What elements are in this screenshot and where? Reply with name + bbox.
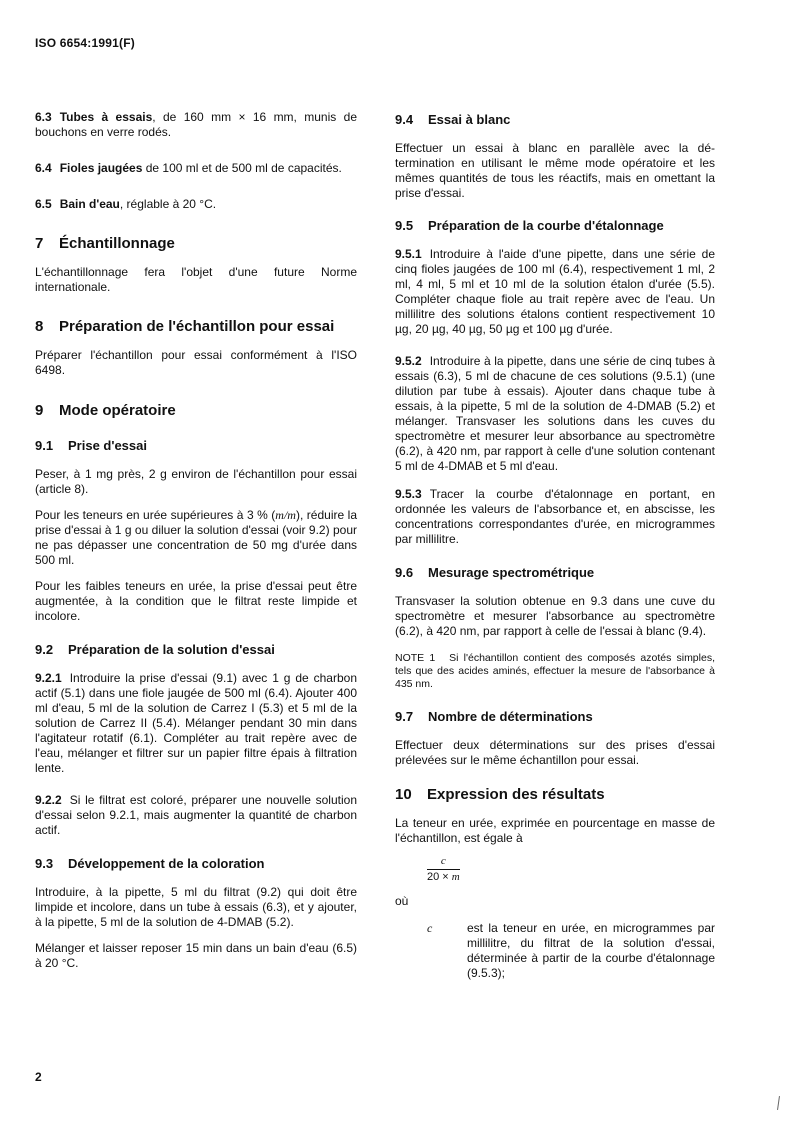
section-8-text: Préparer l'échantillon pour essai confor… [35,348,357,378]
where-label: où [395,894,715,909]
clause-9-7-text: Effectuer deux déterminations sur des pr… [395,738,715,768]
clause-9-2-2: 9.2.2Si le filtrat est coloré, préparer … [35,793,357,838]
page-number: 2 [35,1070,42,1085]
clause-6-5: 6.5Bain d'eau, réglable à 20 °C. [35,197,357,212]
clause-9-1-heading: 9.1Prise d'essai [35,438,357,454]
clause-9-4-text: Effectuer un essai à blanc en parallèle … [395,141,715,201]
clause-9-3-para-1: Introduire, à la pipette, 5 ml du filtra… [35,885,357,930]
clause-9-5-1: 9.5.1Introduire à l'aide d'une pipette, … [395,247,715,337]
clause-9-1-para-3: Pour les faibles teneurs en urée, la pri… [35,579,357,624]
section-10-heading: 10Expression des résultats [395,786,715,804]
clause-9-2-heading: 9.2Préparation de la solution d'essai [35,642,357,658]
left-column: 6.3Tubes à essais, de 160 mm × 16 mm, mu… [35,110,357,971]
clause-9-6-heading: 9.6Mesurage spectrométrique [395,565,715,581]
clause-9-6-text: Transvaser la solution obtenue en 9.3 da… [395,594,715,639]
section-7-heading: 7Échantillonnage [35,235,357,253]
scan-mark [777,1096,780,1110]
clause-9-4-heading: 9.4Essai à blanc [395,112,715,128]
clause-9-1-para-2: Pour les teneurs en urée supérieures à 3… [35,508,357,568]
formula: c 20 × m [395,855,715,884]
clause-6-3: 6.3Tubes à essais, de 160 mm × 16 mm, mu… [35,110,357,140]
clause-9-7-heading: 9.7Nombre de déterminations [395,709,715,725]
clause-9-3-para-2: Mélanger et laisser reposer 15 min dans … [35,941,357,971]
clause-9-5-2: 9.5.2Introduire à la pipette, dans une s… [395,354,715,474]
section-9-heading: 9Mode opératoire [35,402,357,420]
section-8-heading: 8Préparation de l'échantillon pour essai [35,318,357,336]
definition-c: c est la teneur en urée, en microgrammes… [395,921,715,981]
note-1: NOTE 1Si l'échantillon contient des comp… [395,652,715,691]
formula-fraction: c 20 × m [427,855,460,884]
section-10-text: La teneur en urée, exprimée en pourcenta… [395,816,715,846]
right-column: 9.4Essai à blanc Effectuer un essai à bl… [395,112,715,981]
clause-9-2-1: 9.2.1Introduire la prise d'essai (9.1) a… [35,671,357,776]
clause-9-5-3: 9.5.3Tracer la courbe d'étalonnage en po… [395,487,715,547]
clause-6-4: 6.4Fioles jaugées de 100 ml et de 500 ml… [35,161,357,176]
clause-9-3-heading: 9.3Développement de la coloration [35,856,357,872]
clause-9-5-heading: 9.5Préparation de la courbe d'étalonnage [395,218,715,234]
clause-9-1-para-1: Peser, à 1 mg près, 2 g environ de l'éch… [35,467,357,497]
document-id-header: ISO 6654:1991(F) [35,36,135,51]
section-7-text: L'échantillonnage fera l'objet d'une fut… [35,265,357,295]
